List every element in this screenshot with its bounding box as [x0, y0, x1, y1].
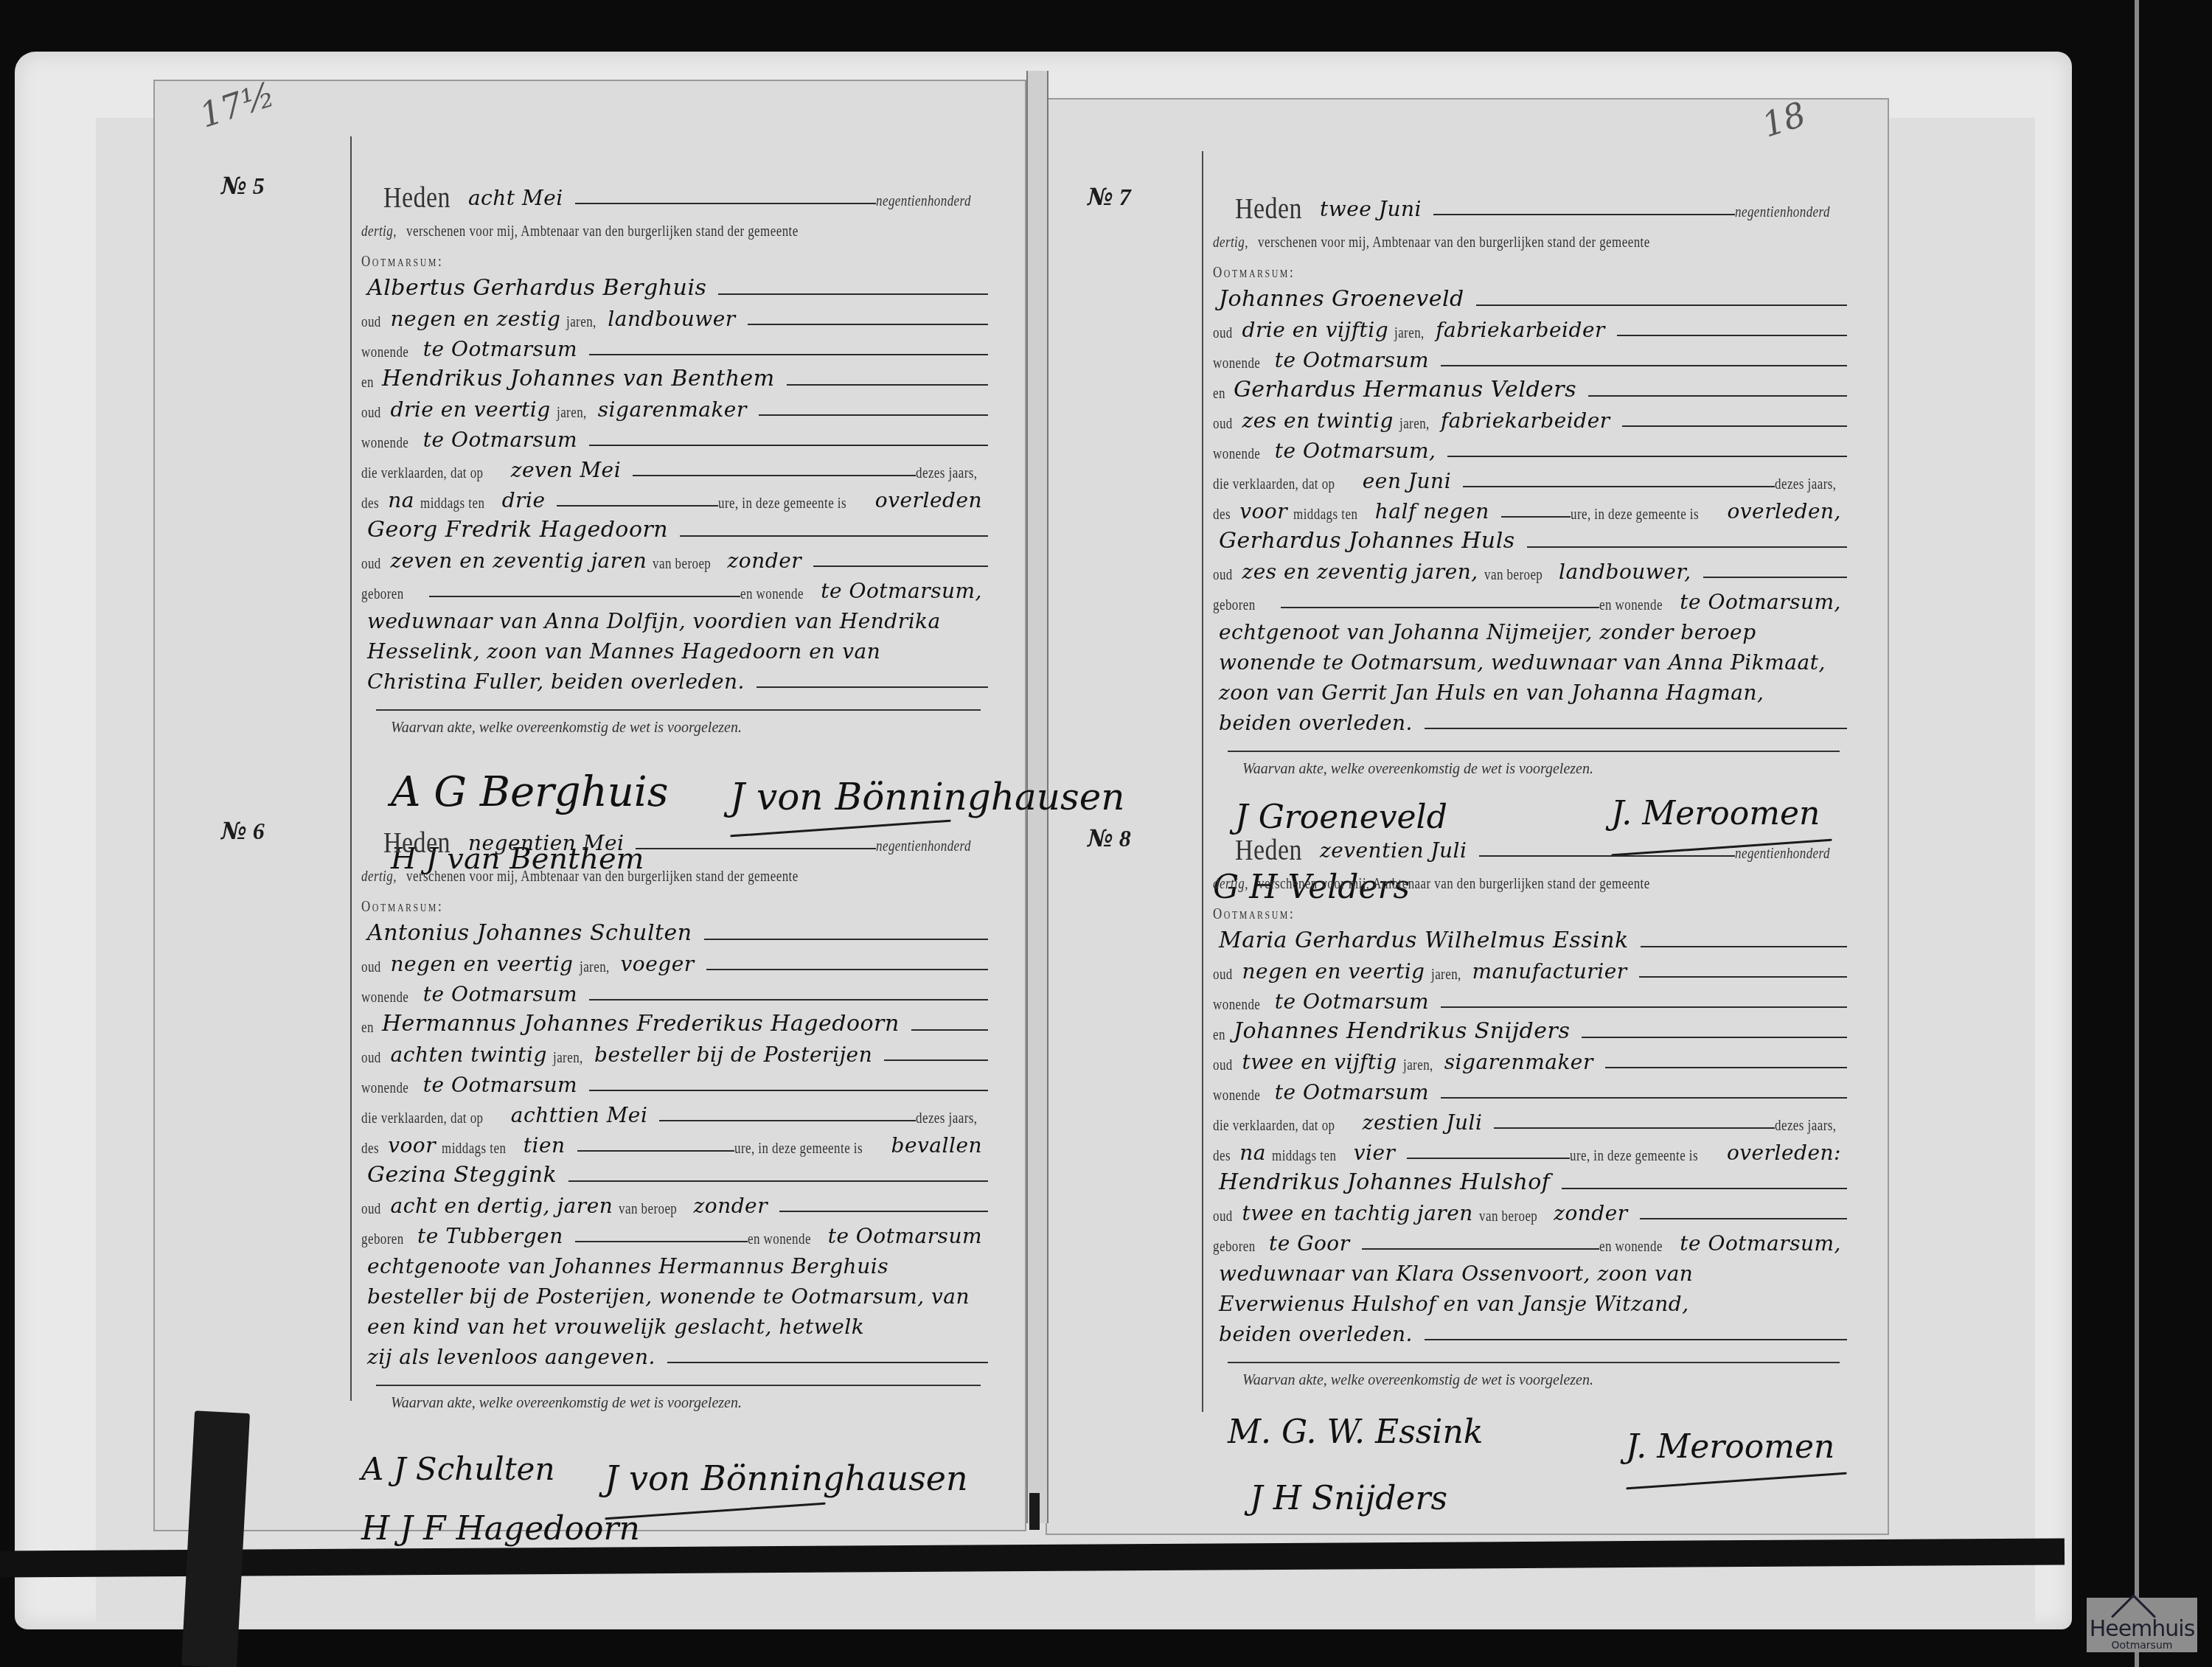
- event-date: achttien Mei: [511, 1103, 648, 1127]
- printed-label: geboren: [1213, 1239, 1256, 1256]
- record-line: desnamiddags tendrieure, in deze gemeent…: [361, 483, 988, 512]
- witness1-name: Johannes Groeneveld: [1219, 286, 1464, 312]
- record-line: wonendete Ootmarsum: [361, 1068, 988, 1097]
- record-line: Maria Gerhardus Wilhelmus Essink: [1213, 924, 1847, 953]
- blank-rule: [787, 384, 988, 386]
- printed-label: Heden: [383, 185, 451, 210]
- record-line: wonendete Ootmarsum: [361, 332, 988, 361]
- printed-label: oud: [1213, 1057, 1233, 1074]
- record-line: Ootmarsum:: [1213, 252, 1847, 282]
- blank-rule: [429, 596, 740, 597]
- record-end-rule: [1228, 1362, 1840, 1363]
- blank-rule: [1501, 516, 1571, 518]
- printed-label: van beroep: [1479, 1208, 1537, 1225]
- signature: A J Schulten: [361, 1451, 554, 1487]
- blank-rule: [1588, 395, 1847, 397]
- printed-label: middags ten: [442, 1141, 506, 1158]
- printed-label: die verklaarden, dat op: [1213, 476, 1335, 493]
- witness2-residence: te Ootmarsum: [423, 1073, 577, 1097]
- blank-rule: [1479, 855, 1736, 857]
- blank-rule: [1441, 1006, 1847, 1008]
- subject-age: zes en zeventig jaren,: [1242, 560, 1478, 584]
- subject-age: twee en tachtig jaren: [1242, 1201, 1473, 1225]
- blank-rule: [1527, 546, 1847, 548]
- right-margin-rule: [1202, 151, 1203, 1412]
- record-line: enGerhardus Hermanus Velders: [1213, 373, 1847, 403]
- record-line: Ootmarsum:: [361, 241, 988, 271]
- witness1-age: negen en zestig: [391, 307, 561, 331]
- event-time: vier: [1354, 1141, 1396, 1165]
- record-detail-line: weduwnaar van Klara Ossenvoort, zoon van: [1219, 1261, 1693, 1286]
- record-line: een kind van het vrouwelijk geslacht, he…: [361, 1309, 988, 1339]
- blank-rule: [704, 939, 988, 940]
- blank-rule: [884, 1059, 988, 1061]
- printed-label: dezes jaars,: [916, 1110, 977, 1127]
- blank-rule: [718, 293, 988, 295]
- blank-rule: [1441, 365, 1847, 366]
- record-line: Hedenacht Meinegentienhonderd: [361, 181, 988, 210]
- record-number: № 7: [1088, 183, 1131, 211]
- blank-rule: [1362, 1248, 1600, 1250]
- record-line: zij als levenloos aangeven.: [361, 1340, 988, 1369]
- printed-label: dertig,: [361, 869, 397, 885]
- printed-label: jaren,: [1394, 325, 1425, 342]
- record-line: wonende te Ootmarsum, weduwnaar van Anna…: [1213, 645, 1847, 675]
- blank-rule: [1425, 728, 1847, 729]
- printed-label: oud: [361, 959, 381, 976]
- printed-label: verschenen voor mij, Ambtenaar van den b…: [1258, 876, 1650, 893]
- printed-label: wonende: [361, 1080, 408, 1097]
- record-line: geborenen wonendete Ootmarsum,: [361, 574, 988, 603]
- witness1-residence: te Ootmarsum: [1275, 989, 1429, 1014]
- record-number-value: 5: [253, 173, 265, 199]
- subject-name: Gezina Steggink: [367, 1162, 557, 1188]
- printed-label: jaren,: [557, 405, 587, 422]
- witness2-occupation: fabriekarbeider: [1441, 408, 1610, 433]
- printed-label: van beroep: [619, 1201, 677, 1218]
- printed-label: en: [361, 1020, 374, 1037]
- closing-formula: Waarvan akte, welke overeenkomstig de we…: [391, 1395, 742, 1412]
- event-time: drie: [502, 488, 546, 512]
- record-line: besteller bij de Posterijen, wonende te …: [361, 1279, 988, 1309]
- subject-residence: te Ootmarsum,: [821, 579, 982, 603]
- record-line: wonendete Ootmarsum: [1213, 343, 1847, 372]
- signature: J H Snijders: [1250, 1480, 1447, 1517]
- record-line: dertig, verschenen voor mij, Ambtenaar v…: [361, 856, 988, 885]
- record-line: Gezina Steggink: [361, 1158, 988, 1188]
- event-type: overleden: [875, 488, 982, 512]
- printed-label: oud: [1213, 1208, 1233, 1225]
- blank-rule: [779, 1211, 988, 1212]
- record-number-value: 7: [1119, 184, 1131, 210]
- blank-rule: [1433, 214, 1735, 215]
- blank-rule: [636, 848, 876, 849]
- record-line: oudzes en zeventig jaren,van beroeplandb…: [1213, 554, 1847, 584]
- blank-rule: [1476, 304, 1847, 306]
- witness1-residence: te Ootmarsum: [423, 982, 577, 1006]
- witness2-name: Gerhardus Hermanus Velders: [1234, 377, 1576, 403]
- printed-label: oud: [361, 1201, 381, 1218]
- witness2-residence: te Ootmarsum: [423, 428, 577, 452]
- printed-label: Heden: [1235, 838, 1302, 863]
- printed-label: Ootmarsum:: [361, 899, 443, 916]
- printed-label: en wonende: [1599, 1239, 1663, 1256]
- blank-rule: [575, 1241, 748, 1242]
- time-prefix: na: [1239, 1141, 1266, 1165]
- record-line: Hedennegentien Meinegentienhonderd: [361, 826, 988, 855]
- record-line: Johannes Groeneveld: [1213, 282, 1847, 312]
- witness2-name: Hendrikus Johannes van Benthem: [382, 366, 775, 391]
- time-prefix: voor: [388, 1133, 436, 1158]
- event-type: overleden:: [1727, 1141, 1841, 1165]
- record-detail-line: een kind van het vrouwelijk geslacht, he…: [367, 1315, 864, 1339]
- signature: M. G. W. Essink: [1228, 1413, 1483, 1451]
- printed-label: middags ten: [420, 495, 484, 512]
- record-line: Georg Fredrik Hagedoorn: [361, 513, 988, 543]
- printed-label: dezes jaars,: [1775, 476, 1836, 493]
- blank-rule: [1447, 456, 1847, 457]
- record-line: oudnegen en veertigjaren,manufacturier: [1213, 954, 1847, 984]
- printed-label: die verklaarden, dat op: [361, 1110, 484, 1127]
- printed-label: dertig,: [1213, 234, 1248, 251]
- printed-label: ure, in deze gemeente is: [718, 495, 846, 512]
- blank-rule: [1562, 1188, 1847, 1189]
- witness2-occupation: besteller bij de Posterijen: [594, 1043, 872, 1067]
- record-line: Hedenzeventien Julinegentienhonderd: [1213, 833, 1847, 863]
- blank-rule: [568, 1180, 988, 1182]
- number-symbol: №: [221, 172, 247, 200]
- record-detail-line: beiden overleden.: [1219, 1322, 1413, 1346]
- record-line: wonendete Ootmarsum: [1213, 984, 1847, 1014]
- record-line: desvoormiddags tentienure, in deze gemee…: [361, 1128, 988, 1158]
- printed-label: ure, in deze gemeente is: [1571, 507, 1699, 523]
- record-line: oudzes en twintigjaren,fabriekarbeider: [1213, 403, 1847, 433]
- record-line: echtgenoot van Johanna Nijmeijer, zonder…: [1213, 615, 1847, 644]
- printed-label: Ootmarsum:: [1213, 265, 1295, 282]
- record-line: zoon van Gerrit Jan Huls en van Johanna …: [1213, 675, 1847, 705]
- record-line: Gerhardus Johannes Huls: [1213, 524, 1847, 554]
- logo-brand: Heemhuis: [2087, 1618, 2197, 1640]
- printed-label: middags ten: [1272, 1148, 1336, 1165]
- printed-label: negentienhonderd: [1735, 846, 1830, 863]
- event-date: een Juni: [1363, 469, 1451, 493]
- printed-label: die verklaarden, dat op: [361, 465, 484, 482]
- record-end-rule: [376, 1385, 981, 1386]
- printed-label: ure, in deze gemeente is: [1570, 1148, 1698, 1165]
- record-line: beiden overleden.: [1213, 1317, 1847, 1346]
- record-line: weduwnaar van Anna Dolfijn, voordien van…: [361, 604, 988, 633]
- record-detail-line: besteller bij de Posterijen, wonende te …: [367, 1284, 970, 1309]
- record-line: Ootmarsum:: [361, 886, 988, 916]
- printed-label: en wonende: [748, 1231, 811, 1248]
- record-line: enJohannes Hendrikus Snijders: [1213, 1015, 1847, 1044]
- printed-label: dertig,: [361, 223, 397, 240]
- signature: J. Meroomen: [1626, 1428, 1834, 1466]
- printed-label: Ootmarsum:: [1213, 906, 1295, 923]
- number-symbol: №: [221, 817, 247, 845]
- record-detail-line: zij als levenloos aangeven.: [367, 1345, 655, 1369]
- printed-label: wonende: [1213, 446, 1260, 463]
- blank-rule: [757, 686, 988, 688]
- record-line: Ootmarsum:: [1213, 894, 1847, 923]
- printed-label: geboren: [1213, 597, 1256, 614]
- record-line: Antonius Johannes Schulten: [361, 916, 988, 946]
- subject-occupation: zonder: [694, 1194, 768, 1218]
- record-line: enHermannus Johannes Frederikus Hagedoor…: [361, 1007, 988, 1037]
- record-line: wonendete Ootmarsum: [361, 977, 988, 1006]
- blank-rule: [575, 203, 877, 204]
- witness1-age: drie en vijftig: [1242, 318, 1389, 342]
- record-detail-line: echtgenoot van Johanna Nijmeijer, zonder…: [1219, 620, 1756, 644]
- printed-label: oud: [1213, 416, 1233, 433]
- printed-label: negentienhonderd: [876, 193, 971, 210]
- subject-age: zeven en zeventig jaren: [391, 549, 647, 573]
- printed-label: negentienhonderd: [1735, 204, 1830, 221]
- witness2-name: Hermannus Johannes Frederikus Hagedoorn: [382, 1011, 900, 1037]
- subject-residence: te Ootmarsum,: [1680, 1231, 1841, 1256]
- record-line: dertig, verschenen voor mij, Ambtenaar v…: [1213, 222, 1847, 251]
- printed-label: geboren: [361, 1231, 404, 1248]
- subject-name: Hendrikus Johannes Hulshof: [1219, 1169, 1550, 1195]
- number-symbol: №: [1088, 824, 1113, 852]
- record-line: Albertus Gerhardus Berghuis: [361, 271, 988, 301]
- record-line: oudtwee en vijftigjaren,sigarenmaker: [1213, 1045, 1847, 1074]
- record-line: wonendete Ootmarsum: [361, 422, 988, 452]
- record-line: ouddrie en veertigjaren,sigarenmaker: [361, 392, 988, 422]
- record-line: geborente Tubbergenen wonendete Ootmarsu…: [361, 1219, 988, 1248]
- witness1-occupation: voeger: [621, 952, 695, 976]
- witness2-age: zes en twintig: [1242, 408, 1394, 433]
- film-edge: [2135, 0, 2139, 1667]
- blank-rule: [1494, 1127, 1774, 1129]
- record-line: wonendete Ootmarsum: [1213, 1075, 1847, 1104]
- printed-label: en: [1213, 386, 1225, 403]
- event-type: overleden,: [1727, 499, 1841, 523]
- record-line: die verklaarden, dat opeen Junidezes jaa…: [1213, 464, 1847, 493]
- left-margin-rule: [350, 136, 352, 1401]
- witness2-age: drie en veertig: [391, 397, 551, 422]
- printed-label: dertig,: [1213, 876, 1248, 893]
- subject-name: Georg Fredrik Hagedoorn: [367, 517, 668, 543]
- printed-label: jaren,: [1431, 967, 1461, 984]
- record-line: Hedentwee Juninegentienhonderd: [1213, 192, 1847, 221]
- record-line: oudacht en dertig, jarenvan beroepzonder: [361, 1189, 988, 1218]
- printed-label: en: [361, 375, 374, 391]
- record-number: № 8: [1088, 824, 1131, 852]
- record-line: oudachten twintigjaren,besteller bij de …: [361, 1037, 988, 1067]
- blank-rule: [813, 565, 988, 567]
- event-time: half negen: [1375, 499, 1489, 523]
- signature: J. Meroomen: [1611, 795, 1820, 832]
- record-date: negentien Mei: [468, 831, 625, 855]
- printed-label: wonende: [361, 989, 408, 1006]
- printed-label: jaren,: [553, 1050, 583, 1067]
- blank-rule: [1605, 1067, 1847, 1068]
- printed-label: middags ten: [1293, 507, 1357, 523]
- blank-rule: [1640, 1218, 1847, 1219]
- event-date: zestien Juli: [1363, 1110, 1483, 1135]
- record-detail-line: beiden overleden.: [1219, 711, 1413, 735]
- blank-rule: [1622, 425, 1847, 427]
- record-line: die verklaarden, dat opzestien Julidezes…: [1213, 1105, 1847, 1135]
- blank-rule: [589, 354, 988, 355]
- record-detail-line: zoon van Gerrit Jan Huls en van Johanna …: [1219, 681, 1764, 705]
- printed-label: jaren,: [1399, 416, 1430, 433]
- signature: J Groeneveld: [1235, 798, 1447, 836]
- printed-label: des: [1213, 1148, 1231, 1165]
- printed-label: dezes jaars,: [916, 465, 977, 482]
- witness1-residence: te Ootmarsum: [423, 337, 577, 361]
- blank-rule: [1639, 976, 1847, 978]
- printed-label: wonende: [361, 344, 408, 361]
- record-line: oudtwee en tachtig jarenvan beroepzonder: [1213, 1196, 1847, 1225]
- blank-rule: [589, 999, 988, 1000]
- witness1-occupation: fabriekarbeider: [1436, 318, 1605, 342]
- record-line: die verklaarden, dat opzeven Meidezes ja…: [361, 453, 988, 482]
- event-date: zeven Mei: [511, 458, 621, 482]
- record-line: wonendete Ootmarsum,: [1213, 434, 1847, 463]
- witness1-age: negen en veertig: [391, 952, 574, 976]
- number-symbol: №: [1088, 183, 1113, 211]
- signature: J von Bönninghausen: [730, 776, 1125, 818]
- printed-label: des: [361, 495, 379, 512]
- blank-rule: [577, 1150, 734, 1152]
- witness2-age: achten twintig: [391, 1043, 548, 1067]
- witness1-age: negen en veertig: [1242, 959, 1425, 984]
- record-line: geborenen wonendete Ootmarsum,: [1213, 585, 1847, 614]
- printed-label: verschenen voor mij, Ambtenaar van den b…: [406, 869, 799, 885]
- blank-rule: [1463, 486, 1775, 487]
- blank-rule: [1641, 946, 1847, 947]
- printed-label: ure, in deze gemeente is: [734, 1141, 863, 1158]
- record-detail-line: Christina Fuller, beiden overleden.: [367, 669, 745, 694]
- subject-residence: te Ootmarsum,: [1680, 590, 1841, 614]
- printed-label: jaren,: [1403, 1057, 1433, 1074]
- witness2-occupation: sigarenmaker: [598, 397, 747, 422]
- printed-label: wonende: [1213, 997, 1260, 1014]
- logo-place: Ootmarsum: [2087, 1640, 2197, 1651]
- printed-label: en wonende: [740, 586, 804, 603]
- signature: H J F Hagedoorn: [361, 1510, 640, 1548]
- blank-rule: [759, 414, 988, 416]
- blank-rule: [1617, 335, 1847, 336]
- record-line: weduwnaar van Klara Ossenvoort, zoon van: [1213, 1256, 1847, 1286]
- time-prefix: na: [388, 488, 414, 512]
- time-prefix: voor: [1239, 499, 1287, 523]
- printed-label: oud: [361, 1050, 381, 1067]
- signature: A G Berghuis: [391, 768, 668, 816]
- blank-rule: [557, 505, 718, 507]
- printed-label: wonende: [1213, 355, 1260, 372]
- blank-rule: [748, 324, 988, 325]
- printed-label: des: [361, 1141, 379, 1158]
- record-detail-line: weduwnaar van Anna Dolfijn, voordien van…: [367, 609, 941, 633]
- witness1-name: Maria Gerhardus Wilhelmus Essink: [1219, 928, 1629, 953]
- printed-label: geboren: [361, 586, 404, 603]
- record-line: Hendrikus Johannes Hulshof: [1213, 1166, 1847, 1195]
- printed-label: verschenen voor mij, Ambtenaar van den b…: [1258, 234, 1650, 251]
- closing-formula: Waarvan akte, welke overeenkomstig de we…: [1242, 761, 1593, 778]
- witness1-occupation: landbouwer: [608, 307, 735, 331]
- witness2-residence: te Ootmarsum,: [1275, 439, 1436, 463]
- blank-rule: [706, 969, 988, 970]
- printed-label: Heden: [1235, 196, 1302, 221]
- record-line: enHendrikus Johannes van Benthem: [361, 362, 988, 391]
- record-line: Hesselink, zoon van Mannes Hagedoorn en …: [361, 634, 988, 664]
- blank-rule: [1582, 1037, 1847, 1038]
- blank-rule: [680, 535, 988, 537]
- printed-label: jaren,: [566, 314, 597, 331]
- subject-age: acht en dertig, jaren: [391, 1194, 613, 1218]
- printed-label: oud: [1213, 967, 1233, 984]
- record-detail-line: Hesselink, zoon van Mannes Hagedoorn en …: [367, 639, 880, 664]
- witness2-name: Johannes Hendrikus Snijders: [1234, 1018, 1570, 1044]
- printed-label: wonende: [361, 435, 408, 452]
- subject-name: Gerhardus Johannes Huls: [1219, 528, 1515, 554]
- printed-label: verschenen voor mij, Ambtenaar van den b…: [406, 223, 799, 240]
- blank-rule: [633, 475, 916, 476]
- printed-label: jaren,: [580, 959, 610, 976]
- witness2-residence: te Ootmarsum: [1275, 1080, 1429, 1104]
- printed-label: van beroep: [1484, 567, 1543, 584]
- printed-label: oud: [361, 314, 381, 331]
- record-line: ouddrie en vijftigjaren,fabriekarbeider: [1213, 313, 1847, 342]
- record-line: dertig, verschenen voor mij, Ambtenaar v…: [361, 211, 988, 240]
- subject-occupation: zonder: [728, 549, 802, 573]
- record-end-rule: [1228, 751, 1840, 752]
- blank-rule: [667, 1362, 988, 1363]
- printed-label: die verklaarden, dat op: [1213, 1118, 1335, 1135]
- closing-formula: Waarvan akte, welke overeenkomstig de we…: [391, 720, 742, 737]
- event-time: tien: [524, 1133, 566, 1158]
- blank-rule: [1407, 1158, 1570, 1159]
- witness1-name: Albertus Gerhardus Berghuis: [367, 275, 706, 301]
- record-number-value: 6: [253, 818, 265, 844]
- record-line: desvoormiddags tenhalf negenure, in deze…: [1213, 494, 1847, 523]
- printed-label: oud: [1213, 567, 1233, 584]
- record-line: geborente Gooren wonendete Ootmarsum,: [1213, 1226, 1847, 1256]
- printed-label: oud: [361, 405, 381, 422]
- record-line: oudzeven en zeventig jarenvan beroepzond…: [361, 543, 988, 573]
- printed-label: oud: [361, 556, 381, 573]
- closing-formula: Waarvan akte, welke overeenkomstig de we…: [1242, 1372, 1593, 1389]
- record-line: beiden overleden.: [1213, 706, 1847, 735]
- blank-rule: [911, 1029, 988, 1031]
- record-date: acht Mei: [468, 186, 563, 210]
- subject-occupation: landbouwer,: [1559, 560, 1691, 584]
- printed-label: oud: [1213, 325, 1233, 342]
- witness2-age: twee en vijftig: [1242, 1050, 1397, 1074]
- spine-ribbon: [1029, 1493, 1040, 1530]
- printed-label: en: [1213, 1027, 1225, 1044]
- printed-label: Heden: [383, 830, 451, 855]
- witness1-residence: te Ootmarsum: [1275, 348, 1429, 372]
- blank-rule: [1425, 1339, 1847, 1340]
- heemhuis-watermark-logo: Heemhuis Ootmarsum: [2087, 1598, 2197, 1652]
- witness1-occupation: manufacturier: [1472, 959, 1627, 984]
- printed-label: van beroep: [653, 556, 711, 573]
- printed-label: negentienhonderd: [876, 838, 971, 855]
- witness1-name: Antonius Johannes Schulten: [367, 920, 692, 946]
- record-date: twee Juni: [1320, 197, 1422, 221]
- record-number-value: 8: [1119, 825, 1131, 852]
- record-line: echtgenoote van Johannes Hermannus Bergh…: [361, 1249, 988, 1278]
- record-detail-line: echtgenoote van Johannes Hermannus Bergh…: [367, 1254, 888, 1278]
- record-line: die verklaarden, dat opachttien Meidezes…: [361, 1098, 988, 1127]
- record-date: zeventien Juli: [1320, 838, 1467, 863]
- blank-rule: [589, 1090, 988, 1091]
- record-line: Christina Fuller, beiden overleden.: [361, 664, 988, 694]
